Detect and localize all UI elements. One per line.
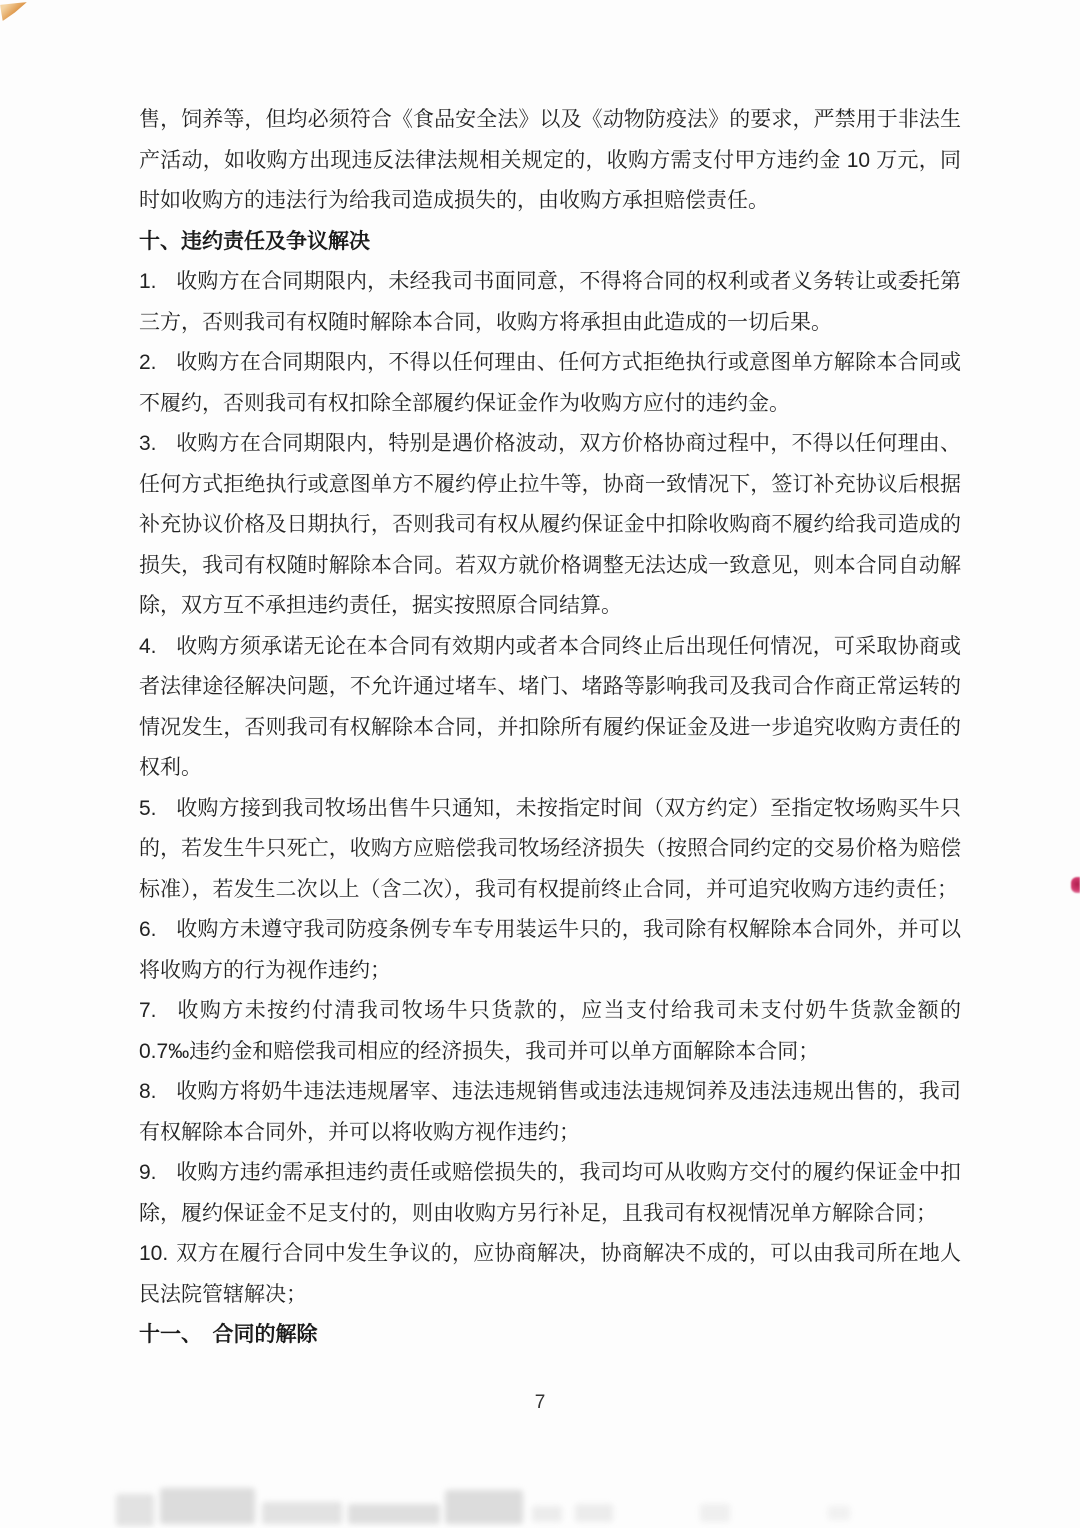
- clause-8-text: 收购方将奶牛违法违规屠宰、违法违规销售或违法违规饲养及违法违规出售的，我司有权解…: [139, 1080, 961, 1144]
- clause-9-number: 9.: [139, 1153, 176, 1194]
- clause-1: 1.收购方在合同期限内，未经我司书面同意，不得将合同的权利或者义务转让或委托第三…: [139, 262, 961, 343]
- clause-7-text: 收购方未按约付清我司牧场牛只货款的，应当支付给我司未支付奶牛货款金额的 0.7‰…: [139, 999, 961, 1063]
- next-page-ghost-text: [0, 1486, 1080, 1528]
- scan-corner-artifact: [0, 2, 27, 21]
- ghost-text-blob: [700, 1504, 730, 1522]
- ghost-text-blob: [348, 1504, 440, 1524]
- contract-body: 售，饲养等，但均必须符合《食品安全法》以及《动物防疫法》的要求，严禁用于非法生产…: [139, 100, 961, 1356]
- ghost-text-blob: [575, 1504, 613, 1522]
- clause-10-number: 10.: [139, 1234, 176, 1275]
- ghost-text-blob: [262, 1502, 342, 1524]
- clause-2: 2.收购方在合同期限内，不得以任何理由、任何方式拒绝执行或意图单方解除本合同或不…: [139, 343, 961, 424]
- carryover-paragraph: 售，饲养等，但均必须符合《食品安全法》以及《动物防疫法》的要求，严禁用于非法生产…: [139, 100, 961, 222]
- clause-9: 9.收购方违约需承担违约责任或赔偿损失的，我司均可从收购方交付的履约保证金中扣除…: [139, 1153, 961, 1234]
- clause-1-text: 收购方在合同期限内，未经我司书面同意，不得将合同的权利或者义务转让或委托第三方，…: [139, 270, 961, 334]
- clause-9-text: 收购方违约需承担违约责任或赔偿损失的，我司均可从收购方交付的履约保证金中扣除，履…: [139, 1161, 961, 1225]
- clause-6: 6.收购方未遵守我司防疫条例专车专用装运牛只的，我司除有权解除本合同外，并可以将…: [139, 910, 961, 991]
- clause-8: 8.收购方将奶牛违法违规屠宰、违法违规销售或违法违规饲养及违法违规出售的，我司有…: [139, 1072, 961, 1153]
- clause-4: 4.收购方须承诺无论在本合同有效期内或者本合同终止后出现任何情况，可采取协商或者…: [139, 627, 961, 789]
- clause-6-number: 6.: [139, 910, 176, 951]
- clause-10-text: 双方在履行合同中发生争议的，应协商解决，协商解决不成的，可以由我司所在地人民法院…: [139, 1242, 961, 1306]
- pink-edge-mark: [1071, 877, 1080, 893]
- ghost-text-blob: [828, 1506, 850, 1520]
- clause-5-text: 收购方接到我司牧场出售牛只通知，未按指定时间（双方约定）至指定牧场购买牛只的，若…: [139, 797, 961, 901]
- clause-7-number: 7.: [139, 991, 176, 1032]
- clause-5: 5.收购方接到我司牧场出售牛只通知，未按指定时间（双方约定）至指定牧场购买牛只的…: [139, 789, 961, 911]
- contract-page: 售，饲养等，但均必须符合《食品安全法》以及《动物防疫法》的要求，严禁用于非法生产…: [0, 0, 1080, 1528]
- clause-2-number: 2.: [139, 343, 176, 384]
- ghost-text-blob: [116, 1494, 154, 1526]
- clause-8-number: 8.: [139, 1072, 176, 1113]
- clause-10: 10.双方在履行合同中发生争议的，应协商解决，协商解决不成的，可以由我司所在地人…: [139, 1234, 961, 1315]
- section-11-heading: 十一、 合同的解除: [139, 1315, 961, 1356]
- clause-7: 7.收购方未按约付清我司牧场牛只货款的，应当支付给我司未支付奶牛货款金额的 0.…: [139, 991, 961, 1072]
- clause-3: 3.收购方在合同期限内，特别是遇价格波动，双方价格协商过程中，不得以任何理由、任…: [139, 424, 961, 627]
- ghost-text-blob: [160, 1488, 255, 1524]
- ghost-text-blob: [445, 1490, 523, 1524]
- ghost-text-blob: [532, 1506, 562, 1522]
- clause-6-text: 收购方未遵守我司防疫条例专车专用装运牛只的，我司除有权解除本合同外，并可以将收购…: [139, 918, 961, 982]
- clause-3-text: 收购方在合同期限内，特别是遇价格波动，双方价格协商过程中，不得以任何理由、任何方…: [139, 432, 961, 617]
- section-10-heading: 十、违约责任及争议解决: [139, 222, 961, 263]
- clause-1-number: 1.: [139, 262, 176, 303]
- clause-4-number: 4.: [139, 627, 176, 668]
- page-number: 7: [0, 1392, 1080, 1414]
- clause-2-text: 收购方在合同期限内，不得以任何理由、任何方式拒绝执行或意图单方解除本合同或不履约…: [139, 351, 961, 415]
- clause-3-number: 3.: [139, 424, 176, 465]
- clause-4-text: 收购方须承诺无论在本合同有效期内或者本合同终止后出现任何情况，可采取协商或者法律…: [139, 635, 961, 780]
- clause-5-number: 5.: [139, 789, 176, 830]
